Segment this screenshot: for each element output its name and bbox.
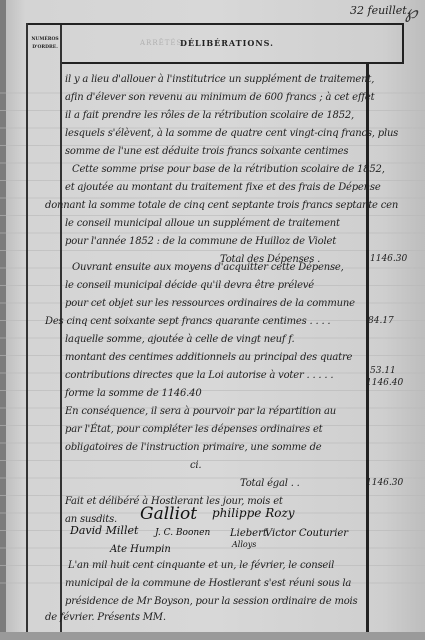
handwritten-line: afin d'élever son revenu au minimum de 6… [65, 92, 374, 103]
handwritten-line: il y a lieu d'allouer à l'institutrice u… [65, 74, 374, 85]
amount-value: 1146.30 [366, 478, 403, 488]
page-bottom-edge [0, 632, 425, 640]
column-header-line-2: D'ORDRE. [30, 44, 60, 52]
folio-paraph-mark: ℘ [405, 2, 418, 23]
faded-header-text: ARRÊTÉS [140, 39, 182, 47]
amount-value: 1146.40 [366, 378, 403, 388]
margin-right-rule [366, 63, 369, 640]
handwritten-line: Total égal . . [240, 478, 300, 489]
signature: Victor Couturier [265, 528, 348, 539]
amount-value: 84.17 [368, 316, 394, 326]
amount-value: 53.11 [370, 366, 396, 376]
signature: Galliot [140, 504, 197, 524]
handwritten-line: laquelle somme, ajoutée à celle de vingt… [65, 334, 295, 345]
handwritten-line: pour cet objet sur les ressources ordina… [65, 298, 355, 309]
column-header-order-numbers: NUMÉROS D'ORDRE. [30, 36, 60, 52]
handwritten-line: lesquels s'élèvent, à la somme de quatre… [65, 128, 398, 139]
register-page: 32 feuillet. ℘ NUMÉROS D'ORDRE. ARRÊTÉS … [0, 0, 425, 640]
handwritten-line: il a fait prendre les rôles de la rétrib… [65, 110, 354, 121]
handwritten-line: par l'État, pour compléter les dépenses … [65, 424, 322, 435]
handwritten-line: de février. Présents MM. [45, 612, 166, 623]
column-divider [60, 25, 62, 640]
folio-number: 32 feuillet. [350, 4, 410, 17]
signature: J. C. Boonen [155, 528, 210, 538]
handwritten-line: L'an mil huit cent cinquante et un, le f… [68, 560, 334, 571]
header-bottom-rule [62, 62, 404, 64]
amount-value: 1146.30 [370, 254, 407, 264]
handwritten-line: Ouvrant ensuite aux moyens d'acquitter c… [72, 262, 344, 273]
handwritten-line: Cette somme prise pour base de la rétrib… [72, 164, 385, 175]
handwritten-line: Des cinq cent soixante sept francs quara… [45, 316, 330, 327]
signature: Liebert [230, 528, 267, 539]
handwritten-line: forme la somme de 1146.40 [65, 388, 202, 399]
handwritten-line: le conseil municipal alloue un supplémen… [65, 218, 340, 229]
handwritten-line: obligatoires de l'instruction primaire, … [65, 442, 322, 453]
handwritten-line: somme de l'une est déduite trois francs … [65, 146, 348, 157]
column-header-line-1: NUMÉROS [30, 36, 60, 44]
handwritten-line: montant des centimes additionnels au pri… [65, 352, 352, 363]
handwritten-line: pour l'année 1852 : de la commune de Hui… [65, 236, 336, 247]
handwritten-line: le conseil municipal décide qu'il devra … [65, 280, 314, 291]
handwritten-line: donnant la somme totale de cinq cent sep… [45, 200, 398, 211]
handwritten-line: En conséquence, il sera à pourvoir par l… [65, 406, 336, 417]
signature: David Millet [70, 524, 138, 537]
table-top-rule [26, 23, 404, 25]
handwritten-line: présidence de Mr Boyson, pour la session… [65, 596, 357, 607]
signature: Alloys [232, 540, 256, 549]
header-right-rule [402, 23, 404, 63]
handwritten-line: et ajoutée au montant du traitement fixe… [65, 182, 381, 193]
signature: Ate Humpin [110, 544, 171, 555]
handwritten-line: ci. [190, 460, 201, 471]
signature: philippe Rozy [212, 506, 295, 520]
section-title: DÉLIBÉRATIONS. [180, 38, 274, 48]
handwritten-line: municipal de la commune de Hostlerant s'… [65, 578, 351, 589]
handwritten-line: contributions directes que la Loi autori… [65, 370, 333, 381]
table-left-rule [26, 23, 28, 640]
